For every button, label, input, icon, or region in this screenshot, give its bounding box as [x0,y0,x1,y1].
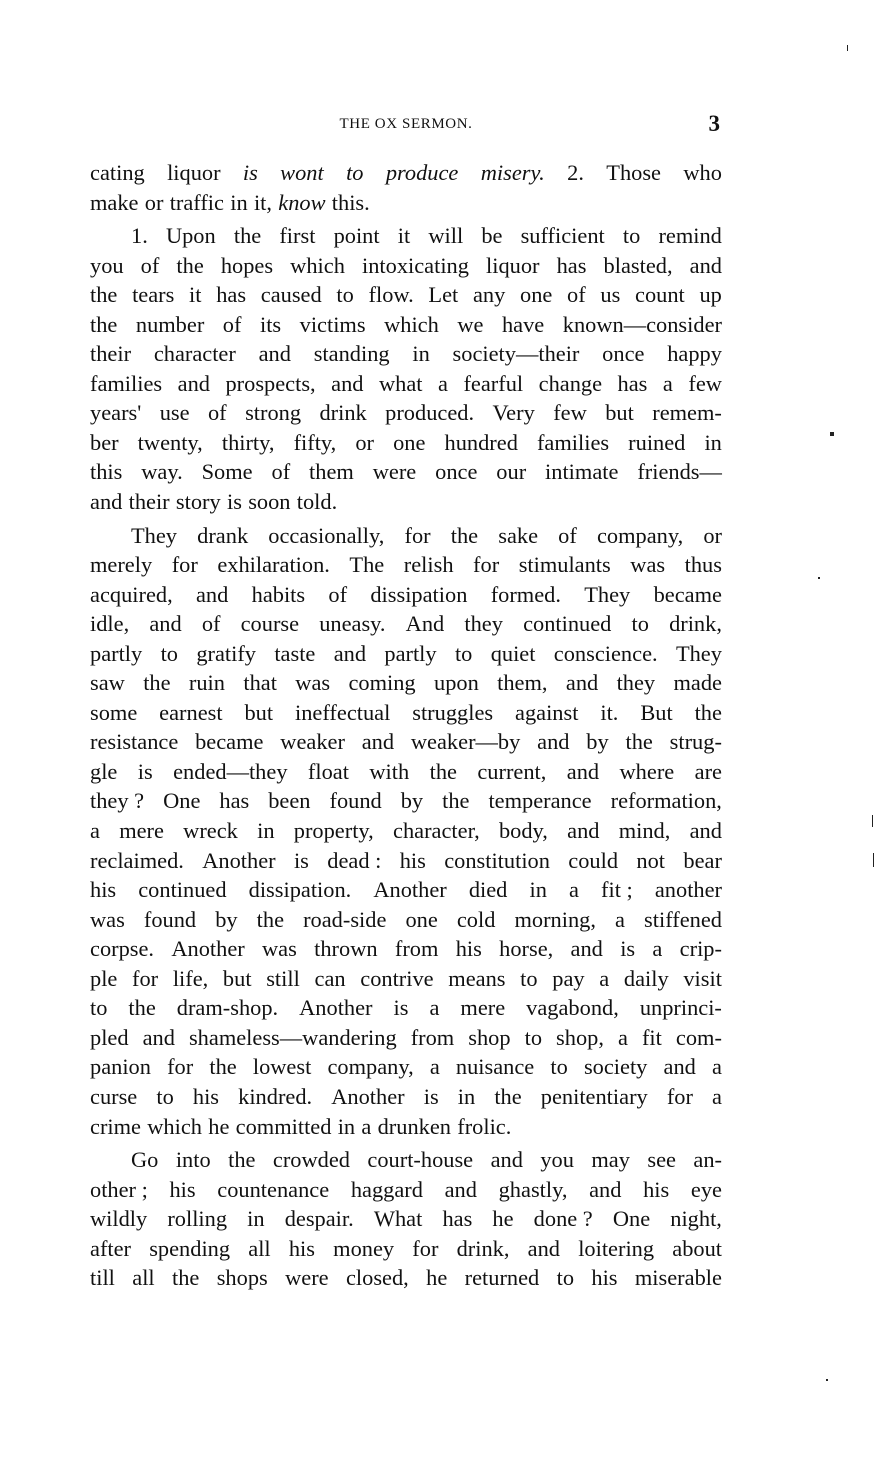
word: crip- [680,934,722,964]
word: they ? [90,786,144,816]
word: in [529,875,546,905]
word: has [219,786,249,816]
word: them [309,457,354,487]
word: liquor [167,158,220,188]
word: to [623,221,640,251]
word: and [690,816,722,846]
word: up [699,280,721,310]
word: contrive [360,964,433,994]
word: years' [90,398,141,428]
word: the [625,727,652,757]
word: few [688,369,722,399]
word: and [90,487,122,517]
word: frolic. [457,1112,511,1142]
word: ple [90,964,117,994]
text-line: merelyforexhilaration.Therelishforstimul… [90,550,722,580]
word: thus [685,550,722,580]
word: panion [90,1052,151,1082]
word: temperance [488,786,591,816]
word: became [654,580,722,610]
word: mere [119,816,164,846]
word: occasionally, [268,521,384,551]
word: drunken [378,1112,451,1142]
word: 2. [567,158,584,188]
word: his [90,875,116,905]
word: remem- [652,398,722,428]
word: produced. [385,398,474,428]
word: or [355,428,374,458]
word: for [412,1234,438,1264]
paragraph: 1.Uponthefirstpointitwillbesufficienttor… [90,221,722,516]
word: of [208,398,227,428]
word: society [584,1052,647,1082]
word: been [268,786,310,816]
word: in [247,1204,264,1234]
word: ineffectual [295,698,390,728]
word: drink, [457,1234,510,1264]
text-line: reclaimed.Anotherisdead :hisconstitution… [90,846,722,876]
word: to [156,1082,173,1112]
word: hopes [221,251,273,281]
word: upon [434,668,479,698]
word: the [143,668,170,698]
word: Another [202,846,275,876]
word: despair. [285,1204,354,1234]
text-line: andtheirstoryissoontold. [90,487,722,517]
word: ruined [628,428,685,458]
word: for [172,550,198,580]
word: saw [90,668,125,698]
word: in [458,1082,475,1112]
word: Let [428,280,458,310]
word: became [195,727,263,757]
word: crowded [273,1145,350,1175]
word: about [672,1234,722,1264]
word: fearful [463,369,523,399]
word: this. [332,188,370,218]
text-line: acquired,andhabitsofdissipationformed.Th… [90,580,722,610]
word: current, [477,757,546,787]
text-line: thisway.Someofthemwereonceourintimatefri… [90,457,722,487]
word: an- [693,1145,722,1175]
word: is [294,846,309,876]
word: is [227,487,242,517]
word: after [90,1234,131,1264]
word: Another [171,934,244,964]
word: from [395,934,439,964]
word: committed [236,1112,332,1142]
word: of [328,580,347,610]
word: standing [314,339,390,369]
word: has [557,251,587,281]
word: company, [327,1052,413,1082]
word: unprinci- [640,993,722,1023]
word: our [496,457,526,487]
word: one [393,428,425,458]
word: society—their [453,339,580,369]
word: of [272,457,291,487]
text-line: amerewreckinproperty,character,body,andm… [90,816,722,846]
word: a [615,905,625,935]
word: Another [331,1082,404,1112]
word: stiffened [644,905,722,935]
word: but [223,964,252,994]
word: 1. [131,221,148,251]
text-line: Gointothecrowdedcourt-houseandyoumayseea… [90,1145,722,1175]
word: character, [393,816,480,846]
word: which [147,1112,202,1142]
word: the [234,221,261,251]
word: once [602,339,644,369]
word: this [90,457,122,487]
word: found [329,786,381,816]
text-line: partlytogratifytasteandpartlytoquietcons… [90,639,722,669]
word: continued [138,875,226,905]
text-line: thetearsithascausedtoflow.Letanyoneofusc… [90,280,722,310]
text-line: other ;hiscountenancehaggardandghastly,a… [90,1175,722,1205]
word: they [617,668,656,698]
word: conscience. [554,639,658,669]
word: has [442,1204,472,1234]
word: they [464,609,503,639]
word: is [394,993,409,1023]
word: a [361,1112,371,1142]
word: resistance [90,727,178,757]
word: the [90,310,117,340]
word: till [90,1263,115,1293]
word: and [690,251,722,281]
word: daily [624,964,669,994]
text-line: thenumberofitsvictimswhichwehaveknown—co… [90,310,722,340]
text-line: Theydrankoccasionally,forthesakeofcompan… [90,521,722,551]
word: and [528,1234,560,1264]
text-line: afterspendingallhismoneyfordrink,andloit… [90,1234,722,1264]
word: a [438,369,448,399]
word: Upon [166,221,216,251]
word: weaker [280,727,345,757]
word: life, [173,964,208,994]
word: to [632,609,649,639]
word: a [429,993,439,1023]
word: we [457,310,483,340]
word: rolling [167,1204,227,1234]
word: reclaimed. [90,846,184,876]
word: the [430,757,457,787]
paragraph: Theydrankoccasionally,forthesakeofcompan… [90,521,722,1141]
word: drink, [669,609,722,639]
word: Some [202,457,253,487]
word: made [674,668,723,698]
italic-word: is [243,158,258,188]
word: fit [642,1023,662,1053]
word: where [620,757,675,787]
word: ended—they [173,757,287,787]
word: or [703,521,722,551]
word: vagabond, [526,993,619,1023]
word: coming [348,668,415,698]
word: his [591,1263,617,1293]
word: a [712,1052,722,1082]
word: shameless—wandering [189,1023,397,1053]
italic-word: produce [386,158,459,188]
word: a [599,964,609,994]
word: dissipation. [249,875,352,905]
running-title: THE OX SERMON. [90,116,722,133]
word: their [129,487,170,517]
word: Go [131,1145,158,1175]
word: it, [254,188,272,218]
word: but [605,398,634,428]
word: and [445,1175,477,1205]
word: company, [597,521,683,551]
word: for [404,521,430,551]
word: and [537,727,569,757]
word: were [373,457,417,487]
scan-speck [830,432,834,436]
text-line: bertwenty,thirty,fifty,oronehundredfamil… [90,428,722,458]
word: sufficient [521,221,605,251]
word: crime [90,1112,141,1142]
word: partly [384,639,436,669]
word: number [136,310,204,340]
word: visit [683,964,722,994]
word: his [169,1175,195,1205]
word: and [567,816,599,846]
text-line: youofthehopeswhichintoxicatingliquorhasb… [90,251,722,281]
word: course [241,609,299,639]
italic-word: wont [280,158,324,188]
word: all [132,1263,154,1293]
italic-word: misery. [481,158,545,188]
word: and [178,369,210,399]
italic-word: know [278,188,325,218]
word: use [160,398,190,428]
word: of [202,609,221,639]
word: One [163,786,200,816]
word: dissipation [370,580,467,610]
word: lowest [253,1052,311,1082]
word: loitering [578,1234,654,1264]
word: They [131,521,177,551]
word: story [176,487,221,517]
word: and [196,580,228,610]
word: and [566,668,598,698]
word: Another [373,875,446,905]
word: remind [658,221,721,251]
word: to [557,1263,574,1293]
word: any [473,280,505,310]
word: cating [90,158,145,188]
word: and [491,1145,523,1175]
word: fit ; [601,875,633,905]
text-line: wildlyrollingindespair.Whathashedone ?On… [90,1204,722,1234]
word: other ; [90,1175,148,1205]
word: the [176,251,203,281]
word: com- [676,1023,722,1053]
word: for [667,1082,693,1112]
text-line: theircharacterandstandinginsociety—their… [90,339,722,369]
word: he [426,1263,447,1293]
word: for [132,964,158,994]
word: them, [497,668,547,698]
word: pay [552,964,584,994]
word: prospects, [225,369,315,399]
word: is [424,1082,439,1112]
word: see [647,1145,676,1175]
word: one [520,280,552,310]
text-line: corpse.Anotherwasthrownfromhishorse,andi… [90,934,722,964]
word: for [167,1052,193,1082]
word: the [442,786,469,816]
word: that [243,668,277,698]
word: earnest [159,698,222,728]
word: a [90,816,100,846]
word: night, [670,1204,722,1234]
word: horse, [499,934,553,964]
word: families [537,428,609,458]
word: and [589,1175,621,1205]
word: the [695,698,722,728]
word: a [712,1082,722,1112]
word: all [248,1234,270,1264]
word: sake [498,521,538,551]
word: from [411,1023,455,1053]
body-text: catingliquoriswonttoproducemisery.2.Thos… [90,158,722,1293]
word: or [145,188,164,218]
word: is [620,934,635,964]
word: They [676,639,722,669]
word: fifty, [294,428,337,458]
word: relish [404,550,454,580]
word: found [144,905,196,935]
word: in [704,428,721,458]
word: some [90,698,137,728]
word: has [618,369,648,399]
word: friends— [637,457,722,487]
word: soon [248,487,290,517]
word: morning, [514,905,595,935]
word: uneasy. [319,609,385,639]
word: and [259,339,291,369]
word: mind, [619,816,671,846]
text-line: wasfoundbytheroad-sideonecoldmorning,ast… [90,905,722,935]
word: few [553,398,587,428]
word: habits [252,580,305,610]
word: weaker—by [411,727,520,757]
word: what [379,369,423,399]
word: you [90,251,124,281]
word: his [643,1175,669,1205]
word: a [663,369,673,399]
word: to [336,280,353,310]
word: he [208,1112,229,1142]
word: ber [90,428,119,458]
word: and [149,609,181,639]
text-line: tillalltheshopswereclosed,hereturnedtohi… [90,1263,722,1293]
text-line: someearnestbutineffectualstrugglesagains… [90,698,722,728]
word: cold [457,905,496,935]
word: but [244,698,273,728]
word: happy [667,339,722,369]
word: it. [600,698,618,728]
word: struggles [412,698,493,728]
word: a [430,1052,440,1082]
word: intimate [545,457,618,487]
word: the [209,1052,236,1082]
word: was [262,934,297,964]
word: to [550,1052,567,1082]
paragraph: Gointothecrowdedcourt-houseandyoumayseea… [90,1145,722,1293]
word: One [613,1204,650,1234]
word: haggard [351,1175,423,1205]
word: a [569,875,579,905]
word: The [349,550,384,580]
word: court-house [367,1145,473,1175]
word: the [90,280,117,310]
word: was [630,550,665,580]
word: intoxicating [362,251,469,281]
book-page: THE OX SERMON. 3 catingliquoriswonttopro… [90,108,722,1293]
text-line: sawtheruinthatwascominguponthem,andtheym… [90,668,722,698]
word: the [257,905,284,935]
word: thrown [314,934,377,964]
word: eye [691,1175,722,1205]
word: a [652,934,662,964]
word: its [260,310,281,340]
word: told. [297,487,337,517]
word: quiet [491,639,536,669]
word: with [369,757,409,787]
word: thirty, [222,428,275,458]
word: Another [299,993,372,1023]
word: has [216,280,246,310]
word: families [90,369,162,399]
word: still [266,964,300,994]
word: to [90,993,107,1023]
word: and [571,934,603,964]
word: make [90,188,139,218]
word: can [315,964,346,994]
word: stimulants [519,550,611,580]
text-line: cursetohiskindred.Anotherisinthepenitent… [90,1082,722,1112]
word: victims [300,310,366,340]
word: the [494,1082,521,1112]
word: property, [294,816,374,846]
word: formed. [491,580,561,610]
word: penitentiary [541,1082,648,1112]
text-line: pledandshameless—wanderingfromshoptoshop… [90,1023,722,1053]
word: his [289,1234,315,1264]
word: it [189,280,201,310]
word: be [481,221,502,251]
text-line: idle,andofcourseuneasy.Andtheycontinuedt… [90,609,722,639]
word: pled [90,1023,129,1053]
text-line: 1.Uponthefirstpointitwillbesufficienttor… [90,221,722,251]
text-line: familiesandprospects,andwhatafearfulchan… [90,369,722,399]
word: another [655,875,722,905]
word: curse [90,1082,137,1112]
word: to [525,1023,542,1053]
word: gratify [196,639,256,669]
word: point [334,221,380,251]
word: And [406,609,445,639]
word: drank [197,521,248,551]
word: spending [149,1234,230,1264]
word: the [128,993,155,1023]
word: money [333,1234,394,1264]
word: one [405,905,437,935]
word: hundred [445,428,518,458]
